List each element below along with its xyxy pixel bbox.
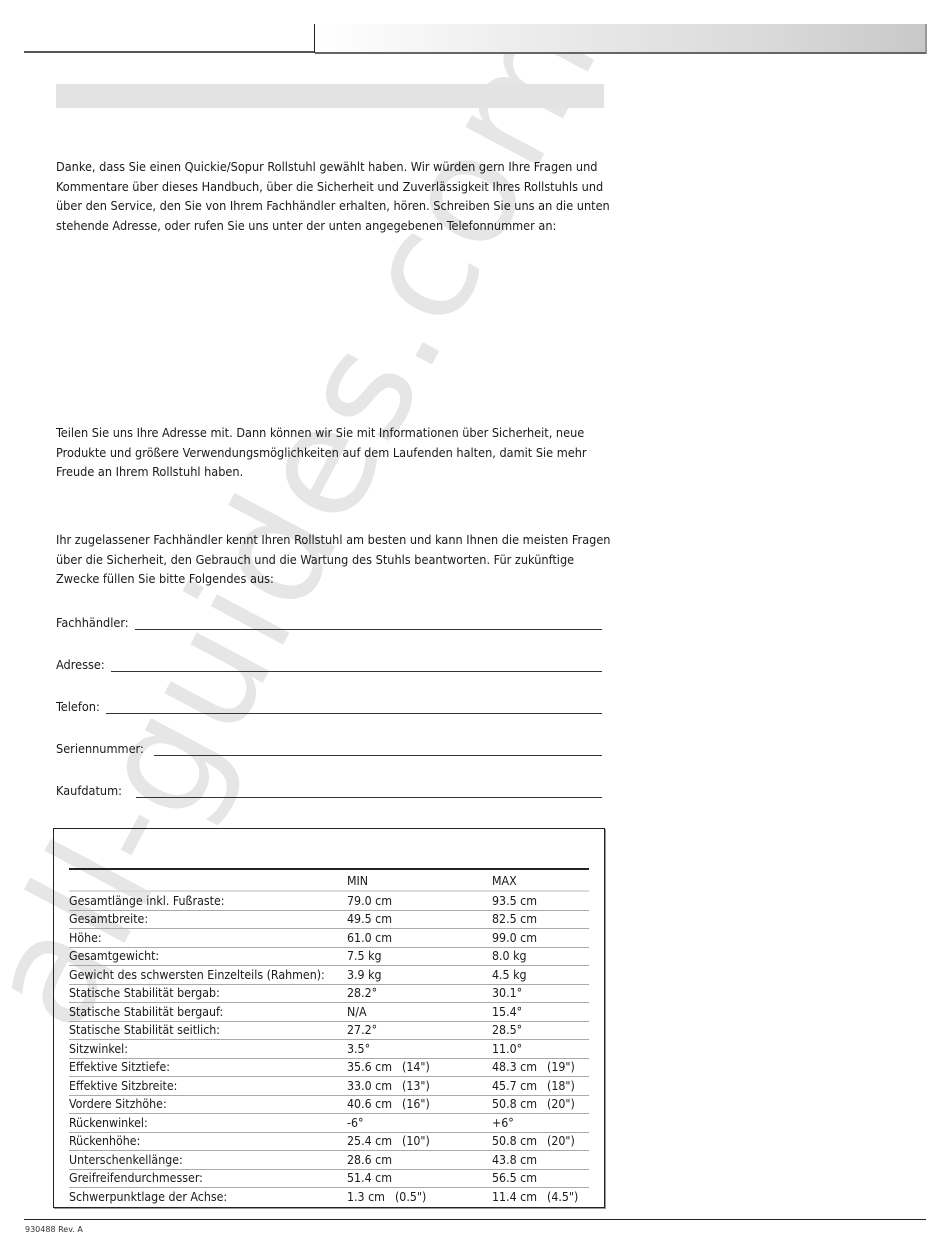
spec-label: Schwerpunktlage der Achse: (69, 1188, 347, 1206)
header-max: MAX (492, 869, 589, 891)
spec-min: 27.2° (347, 1021, 492, 1040)
spec-min: 79.0 cm (347, 891, 492, 910)
specifications-box: MIN MAX Gesamtlänge inkl. Fußraste:79.0 … (53, 828, 605, 1208)
spec-label: Rückenwinkel: (69, 1114, 347, 1133)
document-number: 930488 Rev. A (25, 1225, 83, 1234)
spec-min: 61.0 cm (347, 929, 492, 948)
table-row: Unterschenkellänge:28.6 cm43.8 cm (69, 1151, 589, 1170)
spec-label: Greifreifendurchmesser: (69, 1169, 347, 1188)
spec-max-value: 30.1° (492, 986, 522, 1000)
spec-min-value: 27.2° (347, 1023, 377, 1037)
header-gradient-bar (315, 24, 927, 54)
table-header-row: MIN MAX (69, 869, 589, 891)
table-row: Gewicht des schwersten Einzelteils (Rahm… (69, 966, 589, 985)
spec-min-value: -6° (347, 1116, 364, 1130)
spec-label: Gesamtlänge inkl. Fußraste: (69, 891, 347, 910)
spec-label-value: Sitzwinkel: (69, 1042, 128, 1056)
table-row: Statische Stabilität seitlich:27.2°28.5° (69, 1021, 589, 1040)
section-title-bar (56, 84, 604, 108)
purchase-date-label: Kaufdatum: (56, 783, 136, 798)
table-row: Vordere Sitzhöhe:40.6 cm(16")50.8 cm(20"… (69, 1095, 589, 1114)
spec-max: +6° (492, 1114, 589, 1133)
spec-max: 56.5 cm (492, 1169, 589, 1188)
spec-max-value: 4.5 kg (492, 968, 527, 982)
spec-min: 25.4 cm(10") (347, 1132, 492, 1151)
table-row: Gesamtgewicht:7.5 kg8.0 kg (69, 947, 589, 966)
table-row: Gesamtbreite:49.5 cm82.5 cm (69, 910, 589, 929)
spec-max: 8.0 kg (492, 947, 589, 966)
spec-max: 45.7 cm(18") (492, 1077, 589, 1096)
spec-min: 1.3 cm(0.5") (347, 1188, 492, 1206)
spec-min: 51.4 cm (347, 1169, 492, 1188)
specifications-table: MIN MAX Gesamtlänge inkl. Fußraste:79.0 … (69, 868, 589, 1206)
spec-max-value: 43.8 cm (492, 1153, 537, 1167)
dealer-field-row: Fachhändler: (56, 610, 602, 630)
table-row: Höhe:61.0 cm99.0 cm (69, 929, 589, 948)
spec-label: Sitzwinkel: (69, 1040, 347, 1059)
address-input-line[interactable] (111, 657, 602, 672)
table-row: Greifreifendurchmesser:51.4 cm56.5 cm (69, 1169, 589, 1188)
spec-label-value: Effektive Sitztiefe: (69, 1060, 170, 1074)
spec-min-value: 35.6 cm (347, 1060, 392, 1074)
spec-max-value: 50.8 cm (492, 1134, 537, 1148)
spec-min-inches: (16") (402, 1097, 430, 1111)
intro-paragraph-address: Teilen Sie uns Ihre Adresse mit. Dann kö… (56, 423, 616, 482)
spec-max: 15.4° (492, 1003, 589, 1022)
spec-min: -6° (347, 1114, 492, 1133)
spec-min-value: N/A (347, 1005, 367, 1019)
spec-min-value: 3.5° (347, 1042, 370, 1056)
spec-label-value: Greifreifendurchmesser: (69, 1171, 203, 1185)
spec-min: 35.6 cm(14") (347, 1058, 492, 1077)
table-row: Effektive Sitzbreite:33.0 cm(13")45.7 cm… (69, 1077, 589, 1096)
spec-label-value: Gesamtgewicht: (69, 949, 159, 963)
spec-label-value: Statische Stabilität bergauf: (69, 1005, 223, 1019)
spec-max-value: 82.5 cm (492, 912, 537, 926)
purchase-date-field-row: Kaufdatum: (56, 778, 602, 798)
spec-max: 82.5 cm (492, 910, 589, 929)
spec-label: Rückenhöhe: (69, 1132, 347, 1151)
table-row: Gesamtlänge inkl. Fußraste:79.0 cm93.5 c… (69, 891, 589, 910)
spec-max-value: 56.5 cm (492, 1171, 537, 1185)
spec-max-value: 93.5 cm (492, 894, 537, 908)
spec-label-value: Höhe: (69, 931, 102, 945)
spec-min-value: 7.5 kg (347, 949, 382, 963)
spec-min-value: 28.6 cm (347, 1153, 392, 1167)
spec-min-inches: (10") (402, 1134, 430, 1148)
table-row: Statische Stabilität bergab:28.2°30.1° (69, 984, 589, 1003)
spec-label-value: Unterschenkellänge: (69, 1153, 183, 1167)
spec-min-value: 40.6 cm (347, 1097, 392, 1111)
serial-label: Seriennummer: (56, 741, 154, 756)
spec-label-value: Vordere Sitzhöhe: (69, 1097, 167, 1111)
address-field-row: Adresse: (56, 652, 602, 672)
spec-max-value: 99.0 cm (492, 931, 537, 945)
spec-min-value: 49.5 cm (347, 912, 392, 926)
spec-label: Vordere Sitzhöhe: (69, 1095, 347, 1114)
footer-rule (24, 1219, 926, 1220)
table-row: Schwerpunktlage der Achse:1.3 cm(0.5")11… (69, 1188, 589, 1206)
spec-max: 43.8 cm (492, 1151, 589, 1170)
spec-min-value: 25.4 cm (347, 1134, 392, 1148)
spec-max-value: 48.3 cm (492, 1060, 537, 1074)
spec-label-value: Schwerpunktlage der Achse: (69, 1190, 227, 1204)
spec-min-value: 51.4 cm (347, 1171, 392, 1185)
address-label: Adresse: (56, 657, 111, 672)
spec-label: Statische Stabilität seitlich: (69, 1021, 347, 1040)
table-row: Statische Stabilität bergauf:N/A15.4° (69, 1003, 589, 1022)
table-row: Effektive Sitztiefe:35.6 cm(14")48.3 cm(… (69, 1058, 589, 1077)
spec-max-inches: (20") (547, 1134, 575, 1148)
spec-max: 48.3 cm(19") (492, 1058, 589, 1077)
table-row: Rückenhöhe:25.4 cm(10")50.8 cm(20") (69, 1132, 589, 1151)
spec-max: 50.8 cm(20") (492, 1095, 589, 1114)
spec-min: 28.6 cm (347, 1151, 492, 1170)
spec-max: 50.8 cm(20") (492, 1132, 589, 1151)
spec-min: 33.0 cm(13") (347, 1077, 492, 1096)
header-min: MIN (347, 869, 492, 891)
spec-label: Effektive Sitzbreite: (69, 1077, 347, 1096)
spec-label: Gesamtgewicht: (69, 947, 347, 966)
spec-max: 93.5 cm (492, 891, 589, 910)
spec-label-value: Gesamtbreite: (69, 912, 148, 926)
spec-max: 11.4 cm(4.5") (492, 1188, 589, 1206)
spec-label-value: Statische Stabilität seitlich: (69, 1023, 220, 1037)
spec-label: Statische Stabilität bergauf: (69, 1003, 347, 1022)
table-row: Rückenwinkel:-6°+6° (69, 1114, 589, 1133)
spec-min: 3.5° (347, 1040, 492, 1059)
spec-min: 7.5 kg (347, 947, 492, 966)
dealer-label: Fachhändler: (56, 615, 135, 630)
spec-max-inches: (19") (547, 1060, 575, 1074)
spec-max: 11.0° (492, 1040, 589, 1059)
spec-label: Statische Stabilität bergab: (69, 984, 347, 1003)
spec-label-value: Rückenwinkel: (69, 1116, 148, 1130)
spec-max-inches: (20") (547, 1097, 575, 1111)
spec-max: 99.0 cm (492, 929, 589, 948)
spec-min: 49.5 cm (347, 910, 492, 929)
spec-max: 30.1° (492, 984, 589, 1003)
spec-max-inches: (4.5") (547, 1190, 578, 1204)
spec-min-value: 79.0 cm (347, 894, 392, 908)
spec-min-value: 28.2° (347, 986, 377, 1000)
spec-label: Höhe: (69, 929, 347, 948)
spec-min-value: 61.0 cm (347, 931, 392, 945)
purchase-date-input-line[interactable] (136, 783, 602, 798)
spec-max-value: 50.8 cm (492, 1097, 537, 1111)
phone-input-line[interactable] (106, 699, 602, 714)
spec-label: Effektive Sitztiefe: (69, 1058, 347, 1077)
table-row: Sitzwinkel:3.5°11.0° (69, 1040, 589, 1059)
spec-min-inches: (14") (402, 1060, 430, 1074)
spec-min-value: 33.0 cm (347, 1079, 392, 1093)
spec-min-value: 1.3 cm (347, 1190, 385, 1204)
spec-max-value: 11.4 cm (492, 1190, 537, 1204)
spec-label-value: Gesamtlänge inkl. Fußraste: (69, 894, 224, 908)
spec-max-value: 11.0° (492, 1042, 522, 1056)
spec-label: Gewicht des schwersten Einzelteils (Rahm… (69, 966, 347, 985)
dealer-input-line[interactable] (135, 615, 602, 630)
serial-field-row: Seriennummer: (56, 736, 602, 756)
spec-min-inches: (13") (402, 1079, 430, 1093)
serial-input-line[interactable] (154, 741, 602, 756)
phone-field-row: Telefon: (56, 694, 602, 714)
intro-paragraph-thanks: Danke, dass Sie einen Quickie/Sopur Roll… (56, 157, 616, 235)
spec-label-value: Effektive Sitzbreite: (69, 1079, 177, 1093)
spec-label: Unterschenkellänge: (69, 1151, 347, 1170)
spec-label-value: Statische Stabilität bergab: (69, 986, 220, 1000)
spec-min-value: 3.9 kg (347, 968, 382, 982)
spec-min: N/A (347, 1003, 492, 1022)
spec-max-value: +6° (492, 1116, 514, 1130)
header-label (69, 869, 347, 891)
spec-max: 4.5 kg (492, 966, 589, 985)
intro-paragraph-dealer: Ihr zugelassener Fachhändler kennt Ihren… (56, 530, 616, 589)
spec-max-inches: (18") (547, 1079, 575, 1093)
spec-max: 28.5° (492, 1021, 589, 1040)
spec-min: 40.6 cm(16") (347, 1095, 492, 1114)
phone-label: Telefon: (56, 699, 106, 714)
spec-max-value: 45.7 cm (492, 1079, 537, 1093)
spec-label-value: Rückenhöhe: (69, 1134, 140, 1148)
spec-max-value: 28.5° (492, 1023, 522, 1037)
spec-min: 28.2° (347, 984, 492, 1003)
spec-max-value: 8.0 kg (492, 949, 527, 963)
spec-label: Gesamtbreite: (69, 910, 347, 929)
spec-min-inches: (0.5") (395, 1190, 426, 1204)
spec-label-value: Gewicht des schwersten Einzelteils (Rahm… (69, 968, 325, 982)
spec-max-value: 15.4° (492, 1005, 522, 1019)
spec-min: 3.9 kg (347, 966, 492, 985)
header-rule (24, 51, 315, 53)
